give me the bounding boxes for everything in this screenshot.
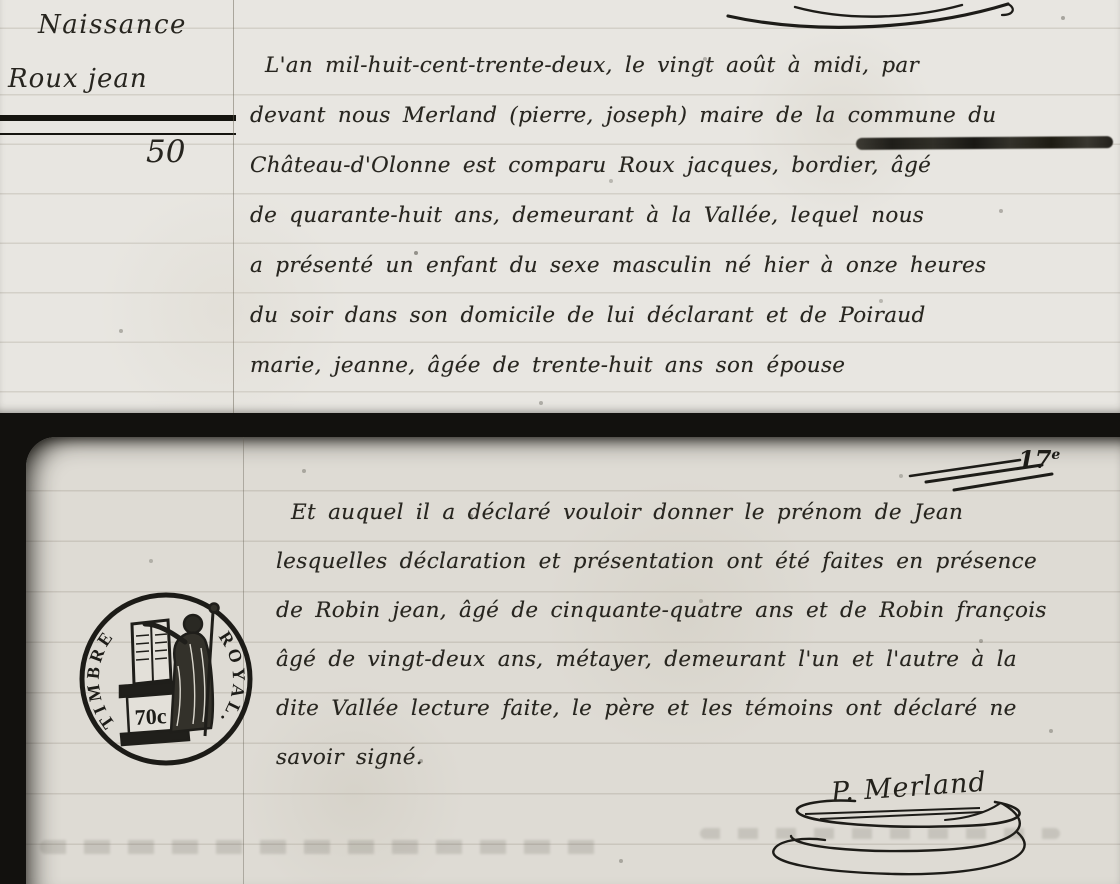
act-number: 50: [146, 134, 185, 170]
act-line: L'an mil-huit-cent-trente-deux, le vingt…: [250, 40, 1112, 90]
act-line: de Robin jean, âgé de cinquante-quatre a…: [276, 586, 1114, 635]
svg-text:TIMBRE: TIMBRE: [82, 625, 118, 732]
signature-block: P. Merland: [745, 762, 1055, 884]
act-line: lesquelles déclaration et présentation o…: [276, 537, 1114, 586]
act-line: de quarante-huit ans, demeurant à la Val…: [250, 190, 1112, 240]
act-body-bottom: Et auquel il a déclaré vouloir donner le…: [276, 488, 1114, 782]
stamp-denomination: 70c: [134, 703, 167, 730]
act-line: du soir dans son domicile de lui déclara…: [250, 290, 1112, 340]
act-type-label: Naissance: [38, 10, 187, 40]
stamp-arc-left-text: TIMBRE: [82, 625, 118, 732]
ink-smudge: [856, 136, 1113, 150]
act-line: marie, jeanne, âgée de trente-huit ans s…: [250, 340, 1112, 390]
act-line: âgé de vingt-deux ans, métayer, demeuran…: [276, 635, 1114, 684]
birth-record-scan: Naissance Roux jean 50 L'an mil-huit-cen…: [0, 0, 1120, 884]
bleedthrough-text: [40, 840, 600, 854]
act-line: devant nous Merland (pierre, joseph) mai…: [250, 90, 1112, 140]
fold-line-top: [233, 0, 234, 413]
paper-speckles: [0, 0, 2, 2]
bleedthrough-text: [700, 828, 1060, 839]
child-name-label: Roux jean: [8, 64, 148, 94]
previous-signature-flourish: [698, 0, 1020, 36]
margin-divider-rule: [0, 115, 236, 135]
revenue-stamp: ROYAL. TIMBRE 70c: [74, 586, 258, 772]
act-body-top: L'an mil-huit-cent-trente-deux, le vingt…: [250, 40, 1112, 390]
act-line: dite Vallée lecture faite, le père et le…: [276, 684, 1114, 733]
act-line: Et auquel il a déclaré vouloir donner le…: [276, 488, 1114, 537]
page-number-text: 17e: [1018, 445, 1060, 474]
act-line: a présenté un enfant du sexe masculin né…: [250, 240, 1112, 290]
